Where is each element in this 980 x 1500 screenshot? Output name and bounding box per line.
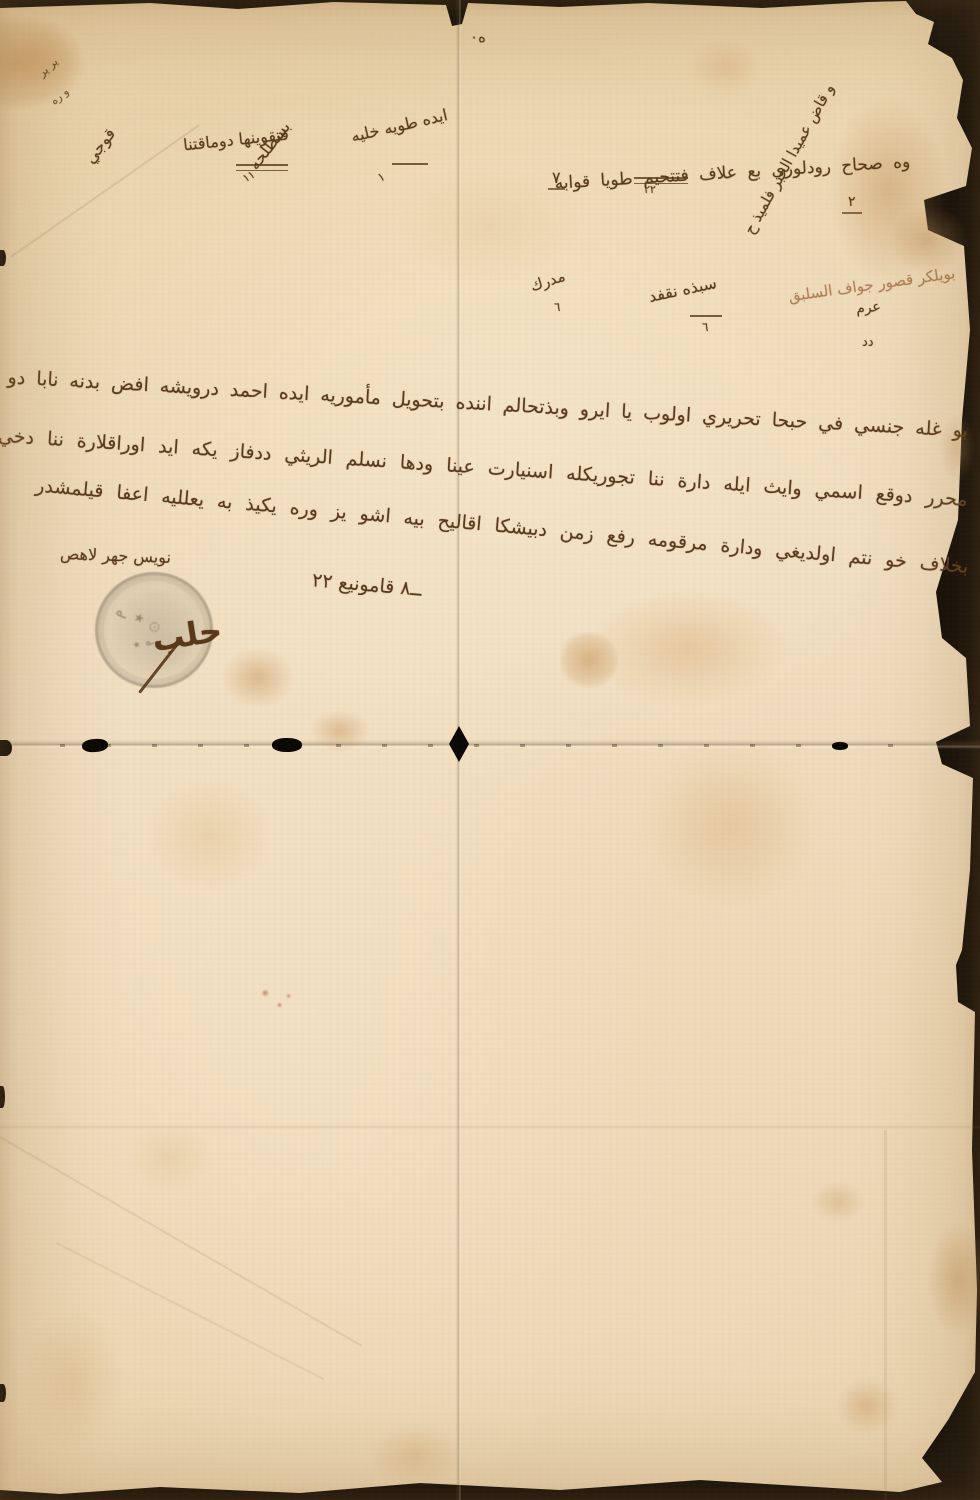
annotation-mid: مدرك (528, 267, 567, 295)
annotation-mark: ٧ (548, 168, 565, 190)
faded-annotation-overlay: عرم (855, 299, 881, 317)
underline-mark (634, 177, 688, 184)
address-line: وه صحاح رودلوري بع علاف فتتحيم طويا قواب… (554, 152, 911, 194)
annotation-mark: دد (862, 335, 874, 350)
annotation-mark: ٢ (842, 194, 862, 214)
scanned-document: ير ير و ره قوجي بسطلحه فتقوينها دوماقتنا… (0, 0, 980, 1500)
underline-mark (392, 163, 428, 165)
date-line: ــ٨ قامونيع ٢٢ (311, 569, 422, 600)
annotation-mark: ٦ (702, 320, 708, 334)
handwriting-layer: ير ير و ره قوجي بسطلحه فتقوينها دوماقتنا… (0, 0, 980, 1500)
annotation-diagonal: قوجي (80, 125, 119, 168)
annotation-scribble: و ره (48, 85, 72, 108)
annotation-right: ايده طويه خليه (349, 105, 449, 146)
body-line-1: بو غله جنسي في حبحا تحريري اولوب يا ايرو… (0, 360, 969, 442)
corner-mark: ه٠ (470, 28, 486, 46)
underline-mark (690, 315, 722, 317)
underline-mark (236, 164, 288, 171)
closing-signature-line: نويس جهر لاهص (60, 544, 172, 567)
annotation-mark: ۱ (375, 169, 387, 184)
annotation-scribble: ير ير (36, 55, 61, 79)
annotation-mark: ٦ (554, 300, 560, 314)
annotation-mark: ٢٢ (644, 183, 656, 196)
annotation-mid: سبذه نقفد (647, 273, 719, 306)
